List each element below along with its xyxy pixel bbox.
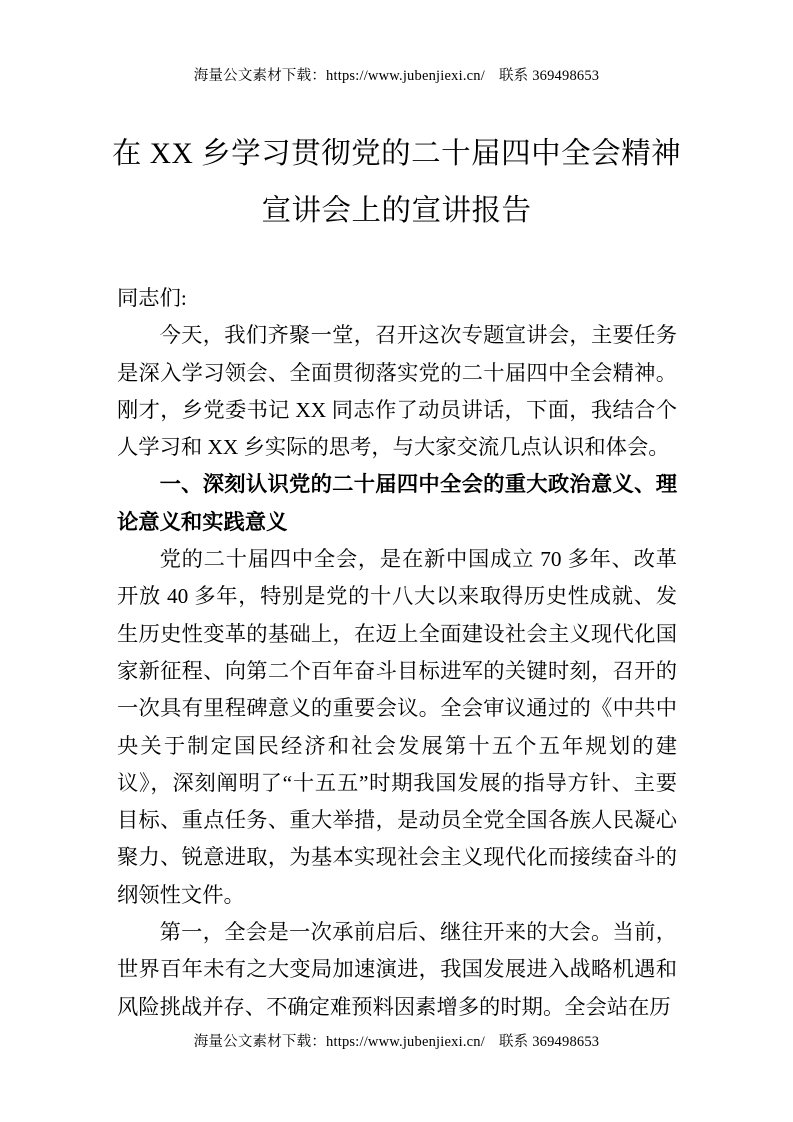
footer-url: https://www.jubenjiexi.cn/ [326,1034,485,1050]
footer-site-label: 海量公文素材下载： [194,1034,326,1050]
header-contact: 联系 369498653 [499,68,599,84]
document-title-line2: 宣讲会上的宣讲报告 [0,183,793,240]
footer-contact: 联系 369498653 [499,1034,599,1050]
document-title: 在 XX 乡学习贯彻党的二十届四中全会精神 宣讲会上的宣讲报告 [0,126,793,240]
header-site-label: 海量公文素材下载： [194,68,326,84]
body-paragraph-3: 第一，全会是一次承前启后、继往开来的大会。当前，世界百年未有之大变局加速演进，我… [117,914,677,1026]
document-body: 同志们: 今天，我们齐聚一堂，召开这次专题宣讲会，主要任务是深入学习领会、全面贯… [117,280,677,1026]
body-paragraph-2: 党的二十届四中全会，是在新中国成立 70 多年、改革开放 40 多年，特别是党的… [117,541,677,914]
page-footer: 海量公文素材下载：https://www.jubenjiexi.cn/联系 36… [0,1032,793,1052]
document-page: 海量公文素材下载：https://www.jubenjiexi.cn/联系 36… [0,0,793,1122]
section-heading-1: 一、深刻认识党的二十届四中全会的重大政治意义、理论意义和实践意义 [117,466,677,541]
page-header: 海量公文素材下载：https://www.jubenjiexi.cn/联系 36… [0,66,793,86]
document-title-line1: 在 XX 乡学习贯彻党的二十届四中全会精神 [0,126,793,183]
header-url: https://www.jubenjiexi.cn/ [326,68,485,84]
salutation: 同志们: [117,280,677,317]
body-paragraph-1: 今天，我们齐聚一堂，召开这次专题宣讲会，主要任务是深入学习领会、全面贯彻落实党的… [117,317,677,466]
